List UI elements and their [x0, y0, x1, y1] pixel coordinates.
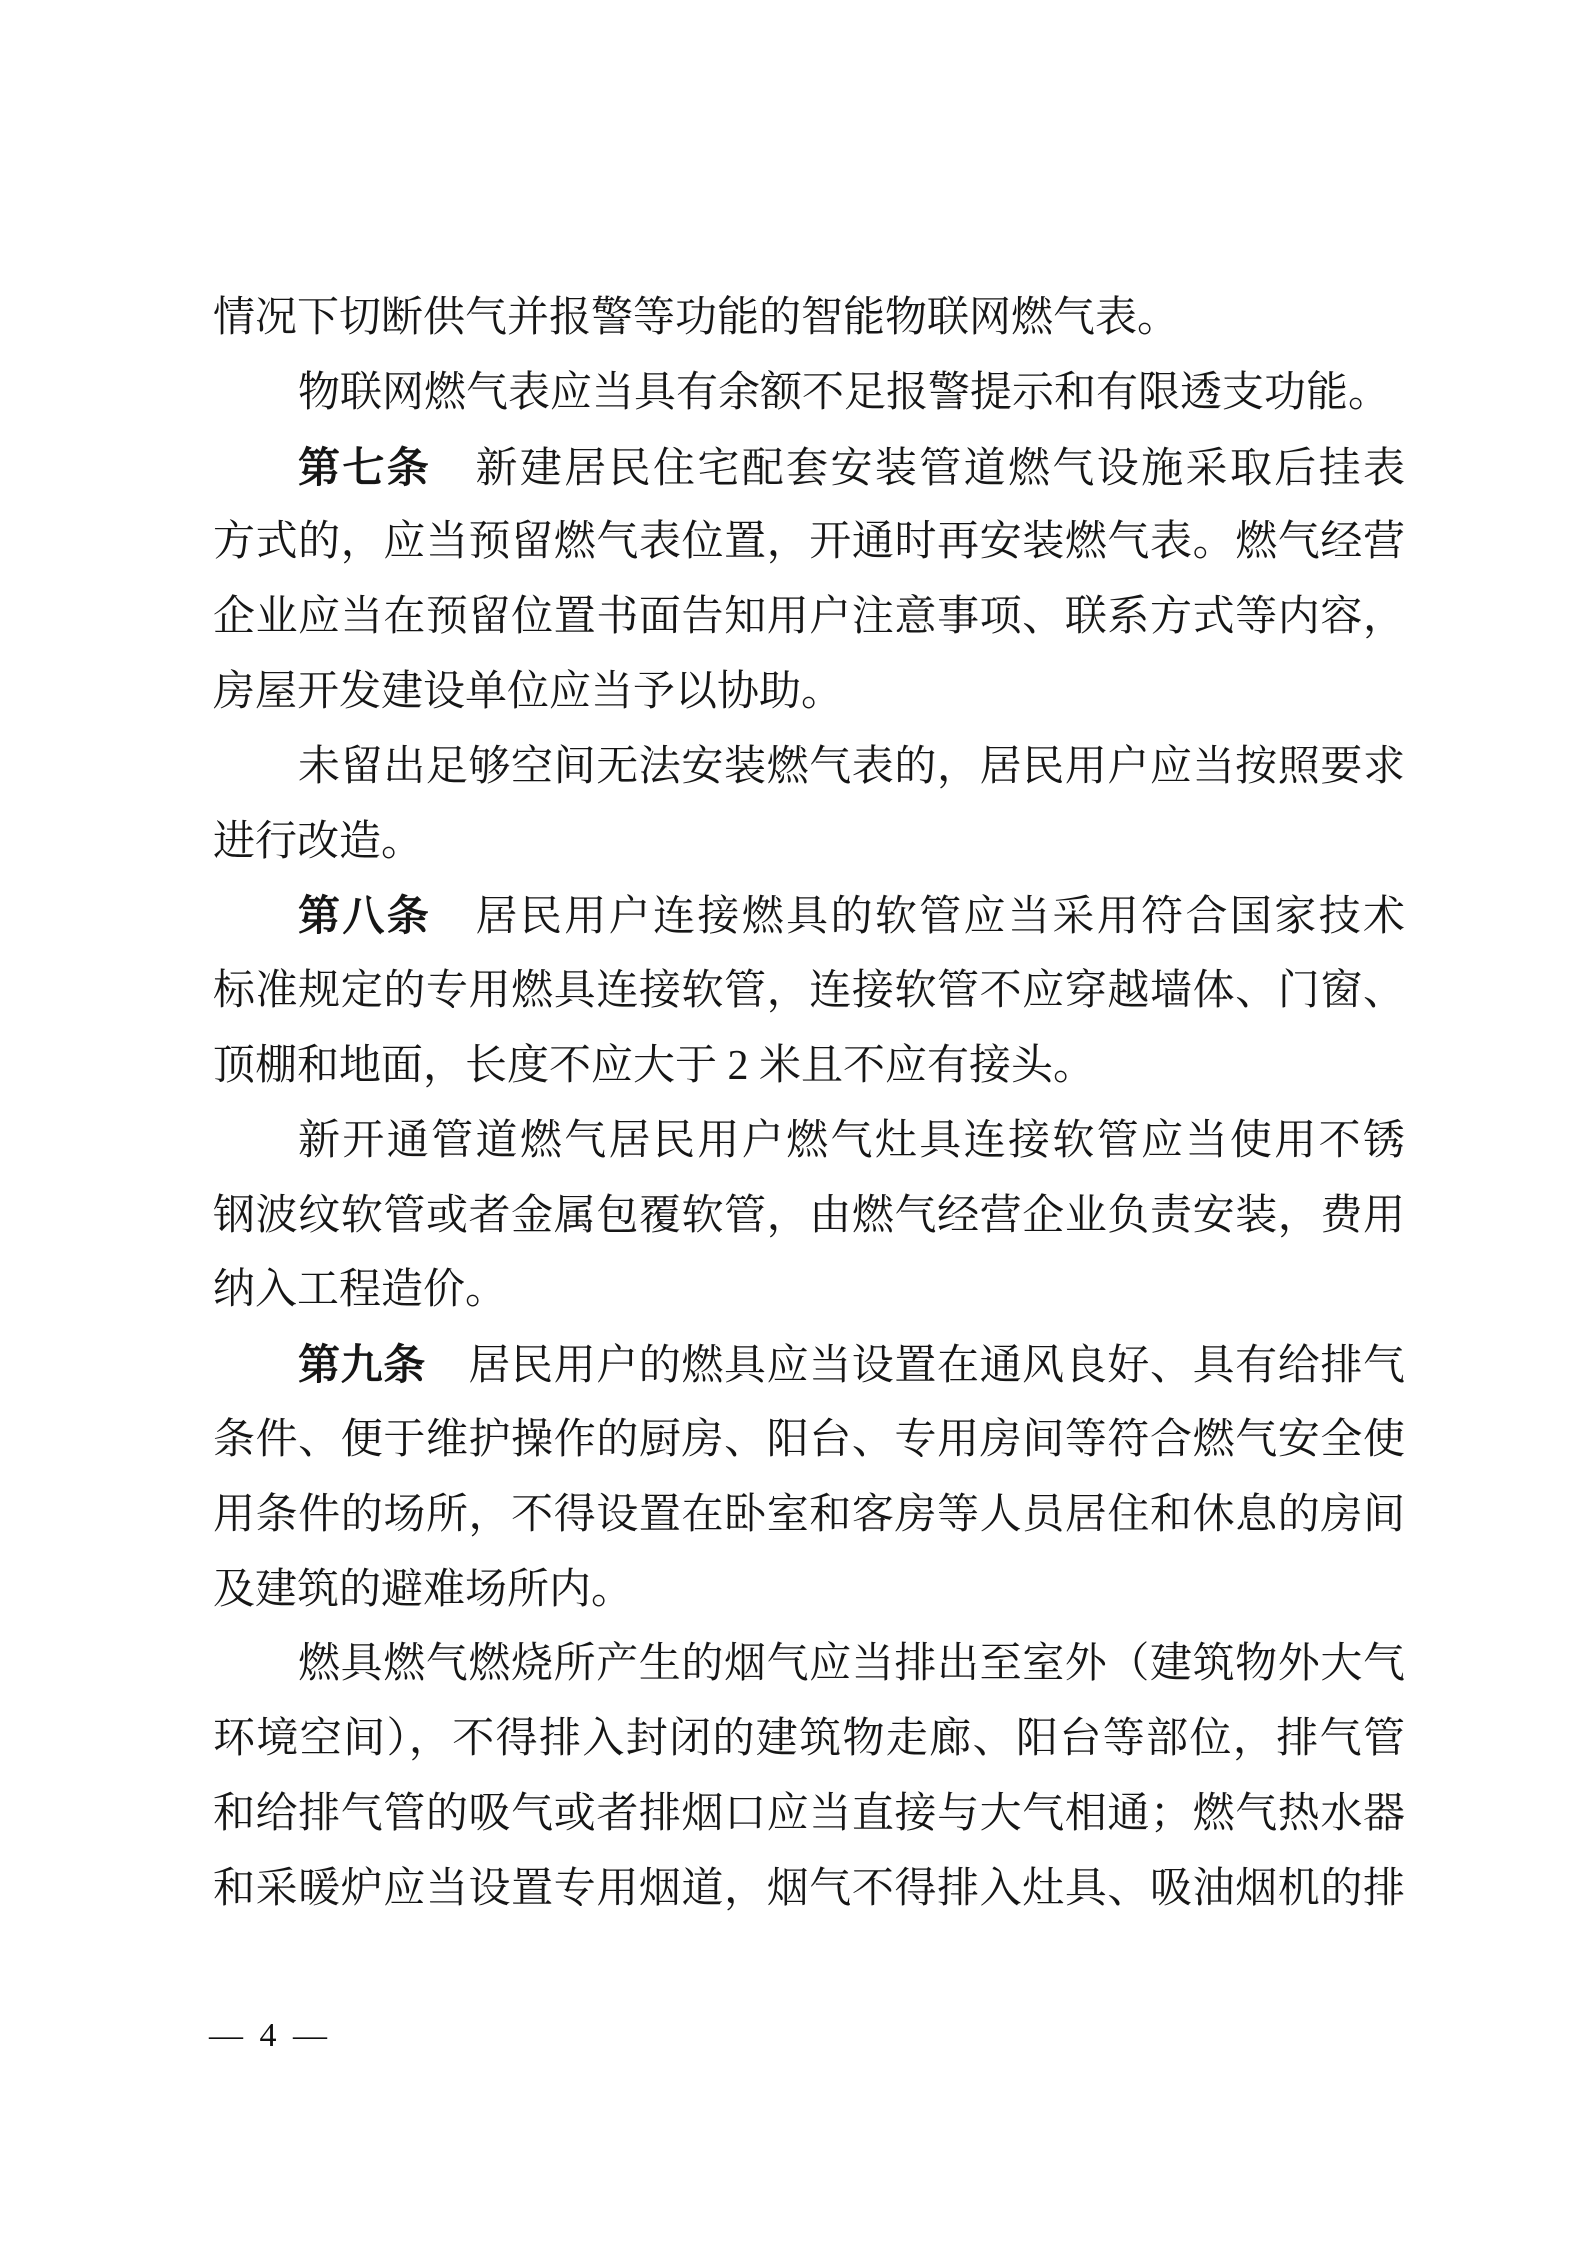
text-line: 未留出足够空间无法安装燃气表的，居民用户应当按照要求	[213, 730, 1405, 805]
page-footer: — 4 —	[209, 2016, 331, 2056]
article-line: 第八条 居民用户连接燃具的软管应当采用符合国家技术	[213, 879, 1405, 954]
text-line: 方式的，应当预留燃气表位置，开通时再安装燃气表。燃气经营	[213, 505, 1405, 580]
text-line: 情况下切断供气并报警等功能的智能物联网燃气表。	[213, 281, 1405, 356]
text-line: 纳入工程造价。	[213, 1253, 1405, 1328]
text-line: 新开通管道燃气居民用户燃气灶具连接软管应当使用不锈	[213, 1104, 1405, 1179]
document-page: 情况下切断供气并报警等功能的智能物联网燃气表。物联网燃气表应当具有余额不足报警提…	[0, 0, 1587, 2245]
text-line: 环境空间），不得排入封闭的建筑物走廊、阳台等部位，排气管	[213, 1702, 1405, 1777]
text-line: 及建筑的避难场所内。	[213, 1553, 1405, 1628]
text-line: 和给排气管的吸气或者排烟口应当直接与大气相通；燃气热水器	[213, 1777, 1405, 1852]
text-line: 顶棚和地面，长度不应大于 2 米且不应有接头。	[213, 1029, 1405, 1104]
document-body: 情况下切断供气并报警等功能的智能物联网燃气表。物联网燃气表应当具有余额不足报警提…	[213, 281, 1405, 1927]
article-number: 第九条	[298, 1341, 426, 1388]
text-line: 标准规定的专用燃具连接软管，连接软管不应穿越墙体、门窗、	[213, 954, 1405, 1029]
text-line: 企业应当在预留位置书面告知用户注意事项、联系方式等内容，	[213, 580, 1405, 655]
text-line: 用条件的场所，不得设置在卧室和客房等人员居住和休息的房间	[213, 1478, 1405, 1553]
text-line: 钢波纹软管或者金属包覆软管，由燃气经营企业负责安装，费用	[213, 1179, 1405, 1254]
text-line: 燃具燃气燃烧所产生的烟气应当排出至室外（建筑物外大气	[213, 1627, 1405, 1702]
text-line: 进行改造。	[213, 805, 1405, 880]
article-number: 第七条	[298, 444, 431, 491]
article-line: 第九条 居民用户的燃具应当设置在通风良好、具有给排气	[213, 1328, 1405, 1403]
text-line: 条件、便于维护操作的厨房、阳台、专用房间等符合燃气安全使	[213, 1403, 1405, 1478]
page-number: — 4 —	[209, 2017, 331, 2054]
text-line: 房屋开发建设单位应当予以协助。	[213, 655, 1405, 730]
article-line: 第七条 新建居民住宅配套安装管道燃气设施采取后挂表	[213, 431, 1405, 506]
article-number: 第八条	[298, 892, 431, 939]
text-line: 物联网燃气表应当具有余额不足报警提示和有限透支功能。	[213, 356, 1405, 431]
text-line: 和采暖炉应当设置专用烟道，烟气不得排入灶具、吸油烟机的排	[213, 1852, 1405, 1927]
